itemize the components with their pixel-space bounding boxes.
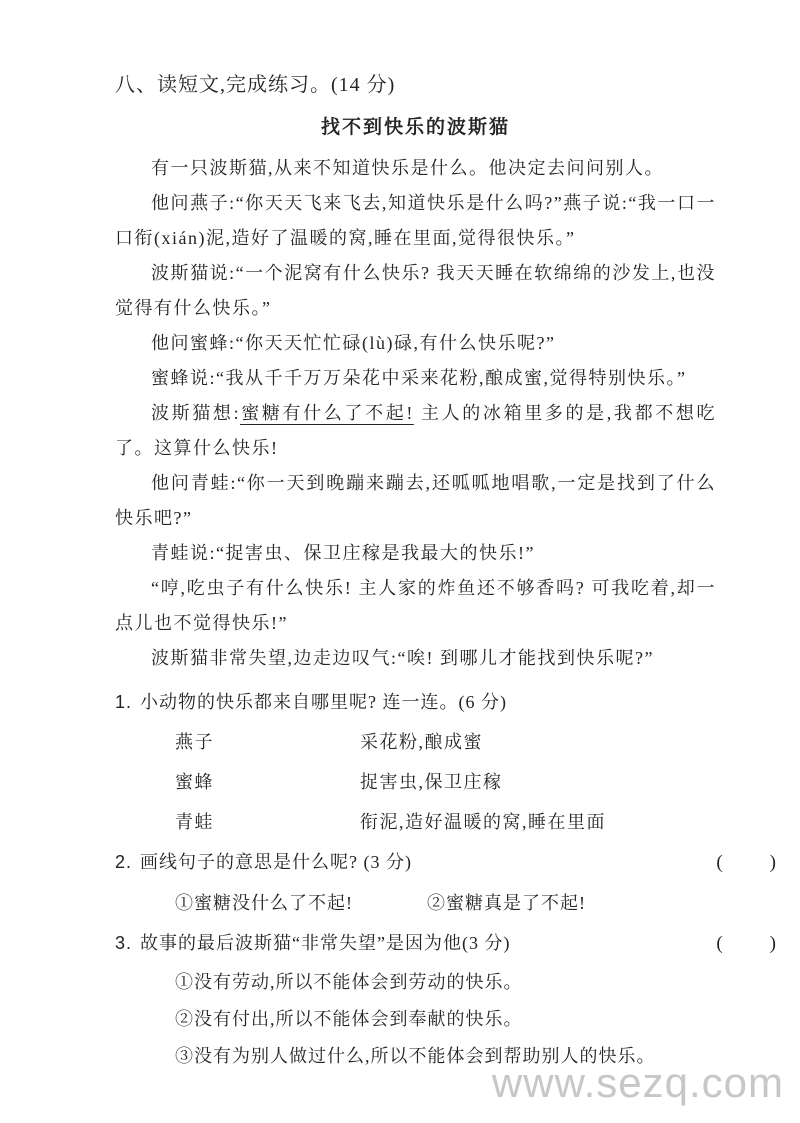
- question-1: 1. 小动物的快乐都来自哪里呢? 连一连。(6 分): [115, 682, 777, 722]
- match-row: 蜜蜂 捉害虫,保卫庄稼: [115, 762, 777, 802]
- questions-section: 1. 小动物的快乐都来自哪里呢? 连一连。(6 分) 燕子 采花粉,酿成蜜 蜜蜂…: [115, 682, 777, 1075]
- passage-paragraph: 波斯猫说:“一个泥窝有什么快乐? 我天天睡在软绵绵的沙发上,也没觉得有什么快乐。…: [115, 256, 716, 326]
- match-left-item: 蜜蜂: [175, 762, 360, 802]
- question-2: 2. 画线句子的意思是什么呢? (3 分) ( ): [115, 842, 777, 883]
- passage-paragraph: 他问燕子:“你天天飞来飞去,知道快乐是什么吗?”燕子说:“我一口一口衔(xián…: [115, 186, 716, 256]
- reading-passage: 有一只波斯猫,从来不知道快乐是什么。他决定去问问别人。 他问燕子:“你天天飞来飞…: [115, 151, 716, 676]
- question-2-options: ①蜜糖没什么了不起! ②蜜糖真是了不起!: [115, 883, 777, 923]
- match-right-item: 衔泥,造好温暖的窝,睡在里面: [360, 802, 606, 842]
- underlined-phrase: 蜜糖有什么了不起!: [240, 403, 414, 423]
- passage-paragraph: 青蛙说:“捉害虫、保卫庄稼是我最大的快乐!”: [115, 536, 716, 571]
- passage-paragraph: “哼,吃虫子有什么快乐! 主人家的炸鱼还不够香吗? 可我吃着,却一点儿也不觉得快…: [115, 571, 716, 641]
- match-row: 燕子 采花粉,酿成蜜: [115, 722, 777, 762]
- match-left-item: 青蛙: [175, 802, 360, 842]
- question-1-number: 1.: [115, 682, 132, 722]
- passage-paragraph: 他问蜜蜂:“你天天忙忙碌(lù)碌,有什么快乐呢?”: [115, 326, 716, 361]
- passage-paragraph: 他问青蛙:“你一天到晚蹦来蹦去,还呱呱地唱歌,一定是找到了什么快乐吧?”: [115, 466, 716, 536]
- match-right-item: 采花粉,酿成蜜: [360, 722, 483, 762]
- match-right-item: 捉害虫,保卫庄稼: [360, 762, 503, 802]
- question-3-number: 3.: [115, 923, 132, 963]
- option-item: ①蜜糖没什么了不起!: [175, 883, 427, 923]
- answer-bracket: ( ): [716, 843, 777, 883]
- question-1-text: 小动物的快乐都来自哪里呢? 连一连。(6 分): [140, 682, 507, 722]
- option-item: ①没有劳动,所以不能体会到劳动的快乐。: [115, 964, 777, 1001]
- match-row: 青蛙 衔泥,造好温暖的窝,睡在里面: [115, 802, 777, 842]
- answer-bracket: ( ): [716, 924, 777, 964]
- question-2-text: 画线句子的意思是什么呢? (3 分): [140, 842, 412, 882]
- watermark: www.sezq.com: [492, 1059, 784, 1107]
- option-item: ②没有付出,所以不能体会到奉献的快乐。: [115, 1001, 777, 1038]
- match-left-item: 燕子: [175, 722, 360, 762]
- question-3: 3. 故事的最后波斯猫“非常失望”是因为他(3 分) ( ): [115, 923, 777, 964]
- passage-title: 找不到快乐的波斯猫: [115, 113, 716, 143]
- passage-text: 波斯猫想:: [151, 403, 240, 423]
- worksheet-page: 八、读短文,完成练习。(14 分) 找不到快乐的波斯猫 有一只波斯猫,从来不知道…: [115, 70, 777, 1075]
- option-item: ②蜜糖真是了不起!: [427, 883, 586, 923]
- passage-paragraph: 波斯猫非常失望,边走边叹气:“唉! 到哪儿才能找到快乐呢?”: [115, 641, 716, 676]
- passage-paragraph: 蜜蜂说:“我从千千万万朵花中采来花粉,酿成蜜,觉得特别快乐。”: [115, 361, 716, 396]
- question-2-number: 2.: [115, 842, 132, 882]
- passage-paragraph: 波斯猫想:蜜糖有什么了不起! 主人的冰箱里多的是,我都不想吃了。这算什么快乐!: [115, 396, 716, 466]
- passage-paragraph: 有一只波斯猫,从来不知道快乐是什么。他决定去问问别人。: [115, 151, 716, 186]
- section-heading: 八、读短文,完成练习。(14 分): [115, 70, 777, 100]
- question-3-text: 故事的最后波斯猫“非常失望”是因为他(3 分): [140, 923, 510, 963]
